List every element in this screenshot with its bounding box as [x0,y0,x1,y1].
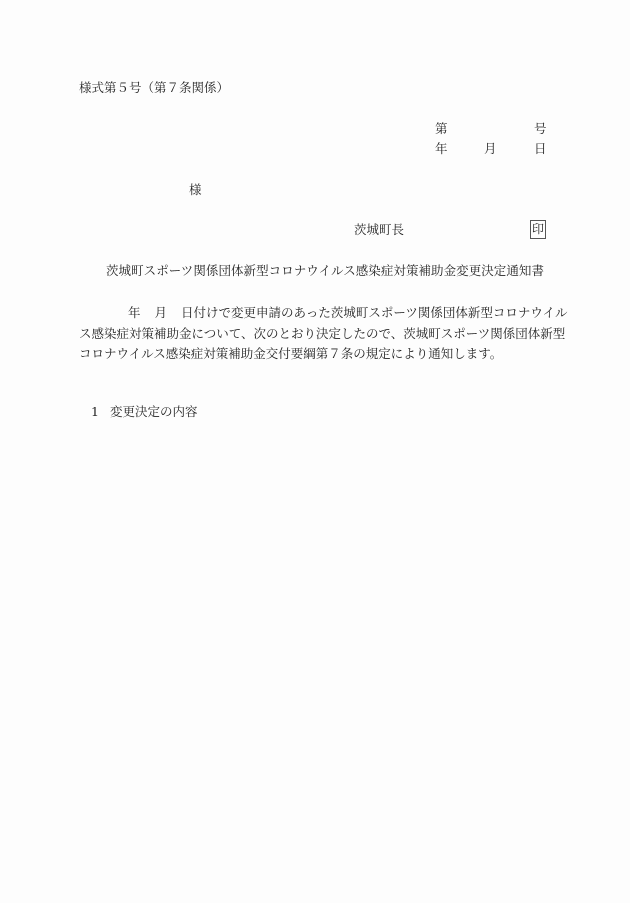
document-number-suffix: 号 [534,123,547,136]
document-title: 茨城町スポーツ関係団体新型コロナウイルス感染症対策補助金変更決定通知書 [106,265,544,278]
notice-body: 年月日付けで変更申請のあった茨城町スポーツ関係団体新型コロナウイル ス感染症対策… [79,303,549,365]
body-line-1-text: 日付けで変更申請のあった茨城町スポーツ関係団体新型コロナウイル [181,305,568,320]
form-number: 様式第５号（第７条関係） [79,82,229,95]
body-line-1: 年月日付けで変更申請のあった茨城町スポーツ関係団体新型コロナウイル [79,303,549,324]
recipient-honorific: 様 [189,184,202,197]
date-year-label: 年 [435,143,448,156]
body-line-3: コロナウイルス感染症対策補助金交付要綱第７条の規定により通知します。 [79,344,549,365]
section-title: 変更決定の内容 [110,404,198,419]
document-number-prefix: 第 [435,123,448,136]
body-month-label: 月 [155,305,168,320]
section-number: 1 [91,406,110,419]
section-heading: 1変更決定の内容 [91,406,198,419]
date-month-label: 月 [484,143,497,156]
body-line-2: ス感染症対策補助金について、次のとおり決定したので、茨城町スポーツ関係団体新型 [79,324,549,345]
date-day-label: 日 [534,143,547,156]
sender-name: 茨城町長 [354,224,404,237]
seal-stamp-box: 印 [530,220,546,239]
body-year-label: 年 [128,305,141,320]
document-page: 様式第５号（第７条関係） 第 号 年 月 日 様 茨城町長 印 茨城町スポーツ関… [0,0,630,903]
